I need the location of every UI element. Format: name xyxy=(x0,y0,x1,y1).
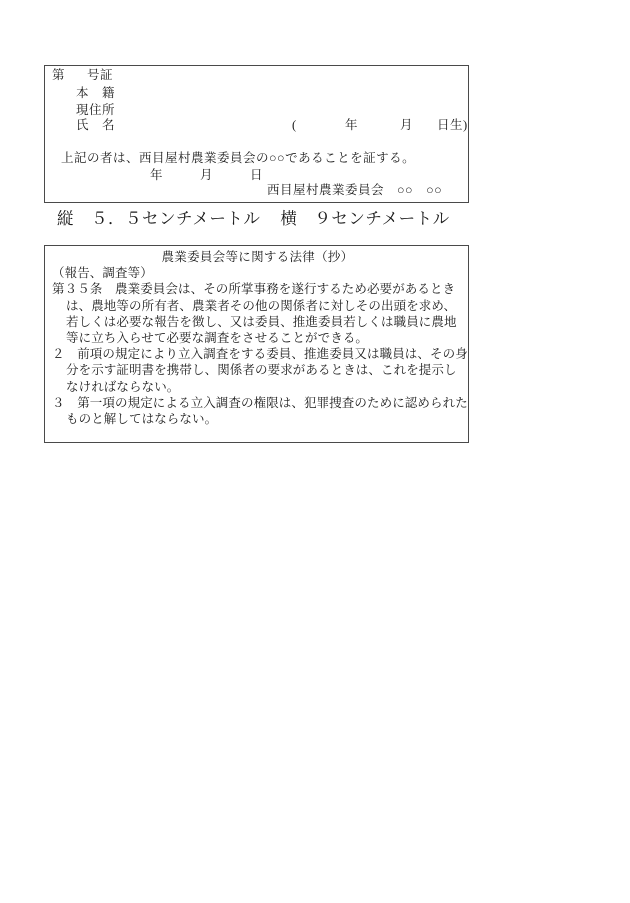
law-line: ２ 前項の規定により立入調査をする委員、推進委員又は職員は、その身 xyxy=(52,346,463,362)
law-line: 第３５条 農業委員会は、その所掌事務を遂行するため必要があるとき xyxy=(52,281,463,297)
law-line: なければならない。 xyxy=(66,379,463,395)
birthdate-day-label: 日生) xyxy=(437,118,468,132)
certificate-specimen-box: 第 号証 本 籍 現住所 氏 名 ( 年 月 日生) 上記の者は、西目屋村農業委… xyxy=(44,65,469,203)
birthdate-year-label: 年 xyxy=(345,118,358,132)
law-line: ３ 第一項の規定による立入調査の権限は、犯罪捜査のために認められた xyxy=(52,395,463,411)
law-line: 若しくは必要な報告を徴し、又は委員、推進委員若しくは職員に農地 xyxy=(66,314,463,330)
birthdate-month-label: 月 xyxy=(400,118,413,132)
law-line: （報告、調査等） xyxy=(52,265,463,281)
issue-date-month-label: 月 xyxy=(200,168,213,182)
law-line: 等に立ち入らせて必要な調査をさせることができる。 xyxy=(66,330,463,346)
certificate-number-prefix: 第 xyxy=(52,68,65,82)
law-excerpt-box: 農業委員会等に関する法律（抄） （報告、調査等） 第３５条 農業委員会は、その所… xyxy=(44,245,469,443)
issuer-signature: 西目屋村農業委員会 ○○ ○○ xyxy=(267,183,442,197)
issue-date-year-label: 年 xyxy=(150,168,163,182)
law-line: 分を示す証明書を携帯し、関係者の要求があるときは、これを提示し xyxy=(66,362,463,378)
card-size-note: 縦 ５．５センチメートル 横 ９センチメートル xyxy=(44,206,469,228)
law-title: 農業委員会等に関する法律（抄） xyxy=(52,249,463,265)
size-vertical-label: 縦 ５．５センチメートル xyxy=(57,205,260,229)
name-label: 氏 名 xyxy=(76,118,115,132)
registered-domicile-label: 本 籍 xyxy=(76,86,115,100)
issue-date-day-label: 日 xyxy=(250,168,263,182)
size-horizontal-label: 横 ９センチメートル xyxy=(280,205,449,229)
certificate-number-suffix: 号証 xyxy=(87,68,113,82)
law-line: は、農地等の所有者、農業者その他の関係者に対しその出頭を求め、 xyxy=(66,298,463,314)
certification-statement: 上記の者は、西目屋村農業委員会の○○であることを証する。 xyxy=(61,151,415,165)
law-line: ものと解してはならない。 xyxy=(66,411,463,427)
current-address-label: 現住所 xyxy=(76,103,115,117)
birthdate-open-paren: ( xyxy=(292,118,297,132)
document-page: 第 号証 本 籍 現住所 氏 名 ( 年 月 日生) 上記の者は、西目屋村農業委… xyxy=(0,0,630,903)
